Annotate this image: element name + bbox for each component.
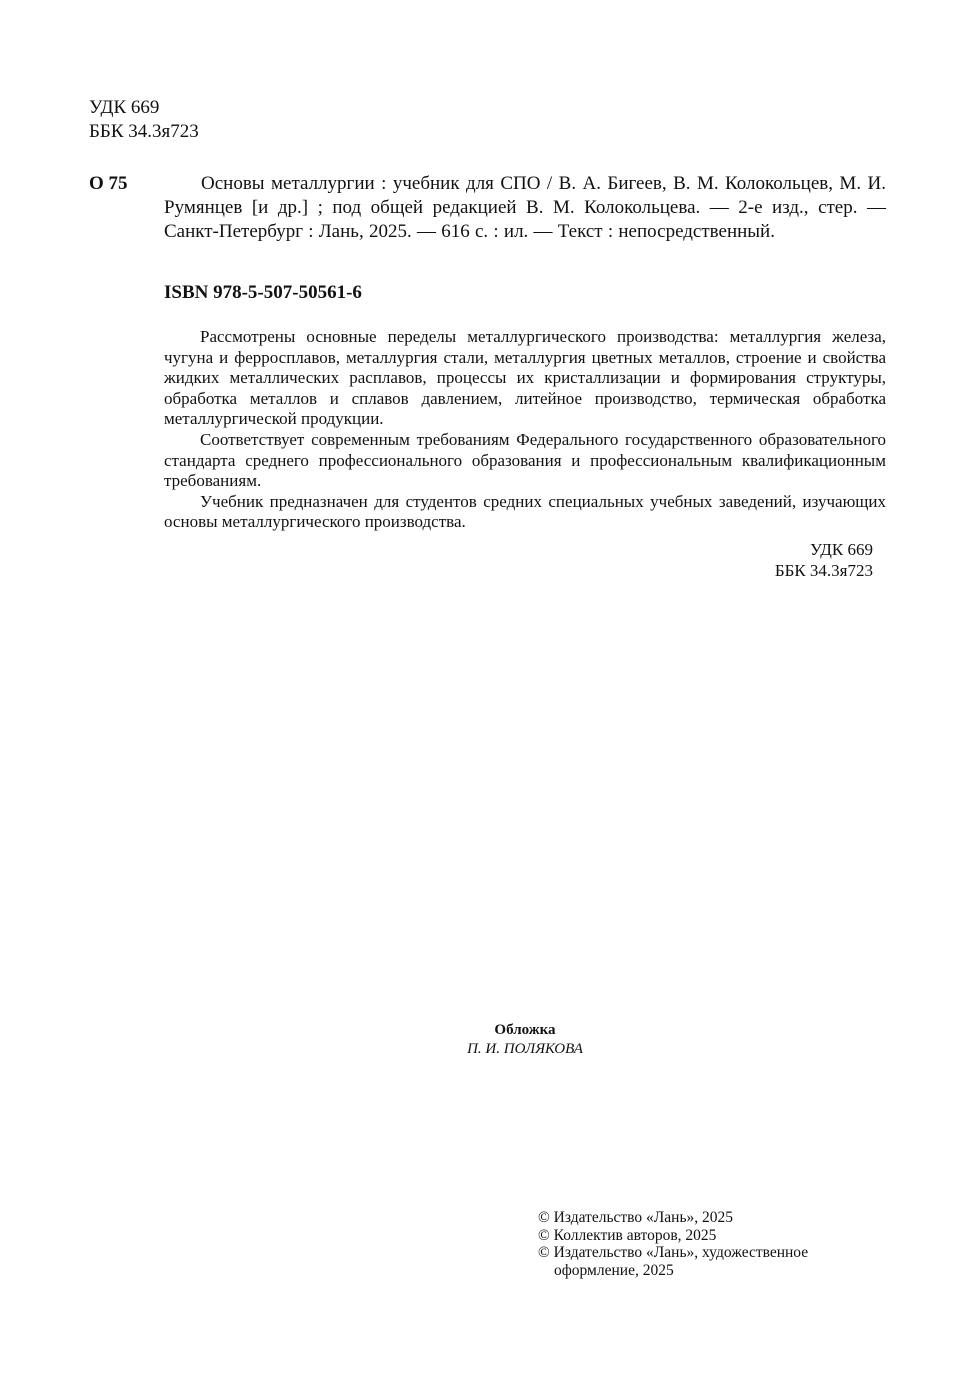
abstract-paragraph: Соответствует современным требованиям Фе…: [164, 430, 886, 492]
classification-codes-top: УДК 669 ББК 34.3я723: [89, 96, 199, 144]
cover-designer-name: П. И. ПОЛЯКОВА: [380, 1040, 670, 1059]
author-mark: О 75: [89, 172, 128, 196]
abstract: Рассмотрены основные переделы металлурги…: [164, 327, 886, 533]
bibliographic-record: Основы металлургии : учебник для СПО / В…: [164, 172, 886, 244]
copyright-line: © Коллектив авторов, 2025: [538, 1227, 858, 1245]
isbn: ISBN 978-5-507-50561-6: [164, 281, 362, 305]
abstract-paragraph: Учебник предназначен для студентов средн…: [164, 492, 886, 533]
bbk-code: ББК 34.3я723: [89, 120, 199, 144]
bbk-code: ББК 34.3я723: [700, 560, 873, 581]
copyright-line: © Издательство «Лань», художественное оф…: [538, 1244, 858, 1279]
copyright-block: © Издательство «Лань», 2025 © Коллектив …: [538, 1209, 858, 1279]
cover-credit-label: Обложка: [380, 1021, 670, 1040]
cover-credit: Обложка П. И. ПОЛЯКОВА: [380, 1021, 670, 1059]
abstract-paragraph: Рассмотрены основные переделы металлурги…: [164, 327, 886, 430]
udk-code: УДК 669: [700, 539, 873, 560]
udk-code: УДК 669: [89, 96, 199, 120]
classification-codes-bottom: УДК 669 ББК 34.3я723: [700, 539, 873, 581]
copyright-line: © Издательство «Лань», 2025: [538, 1209, 858, 1227]
